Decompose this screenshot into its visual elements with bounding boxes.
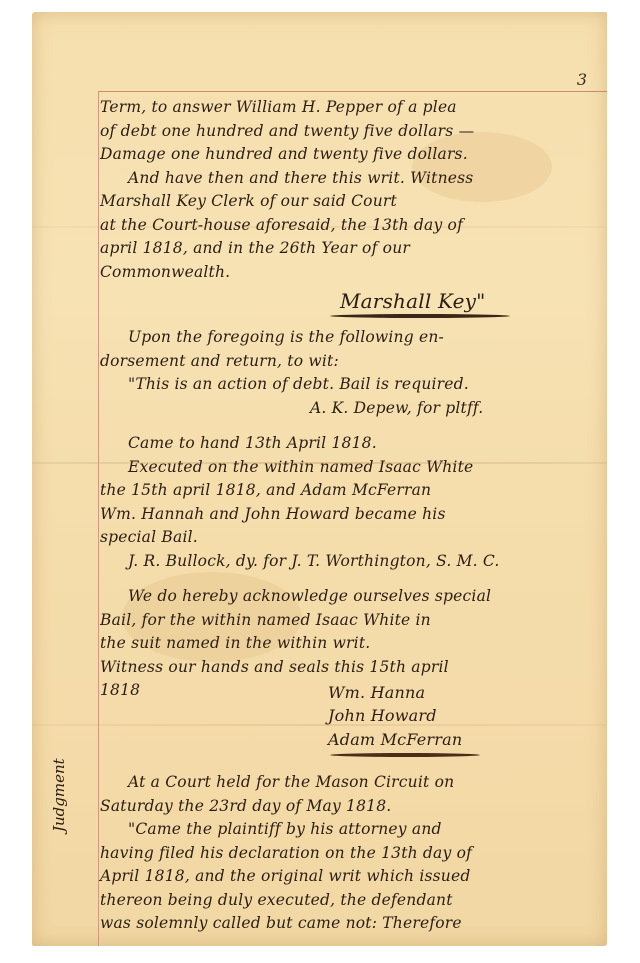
text-line: We do hereby acknowledge ourselves speci… (100, 585, 600, 609)
text-line: Damage one hundred and twenty five dolla… (100, 143, 600, 167)
text-line: was solemnly called but came not: Theref… (100, 912, 600, 936)
left-margin-rule (98, 91, 99, 946)
bail-signature: Wm. Hanna (100, 681, 600, 705)
text-line: "Came the plaintiff by his attorney and (100, 818, 600, 842)
endorsement-quote: "This is an action of debt. Bail is requ… (100, 373, 600, 397)
deputy-signature: J. R. Bullock, dy. for J. T. Worthington… (100, 550, 600, 574)
text-line: And have then and there this writ. Witne… (100, 167, 600, 191)
handwritten-text-body: Term, to answer William H. Pepper of a p… (100, 96, 600, 936)
text-line: Bail, for the within named Isaac White i… (100, 609, 600, 633)
page-number: 3 (577, 70, 587, 89)
text-line: Marshall Key Clerk of our said Court (100, 190, 600, 214)
document-page: 3 Term, to answer William H. Pepper of a… (32, 12, 607, 946)
text-line: Upon the foregoing is the following en- (100, 326, 600, 350)
text-line: at the Court-house aforesaid, the 13th d… (100, 214, 600, 238)
text-line: At a Court held for the Mason Circuit on (100, 771, 600, 795)
text-line: Came to hand 13th April 1818. (100, 432, 600, 456)
text-line: Witness our hands and seals this 15th ap… (100, 656, 600, 680)
text-line: having filed his declaration on the 13th… (100, 842, 600, 866)
text-line: Wm. Hannah and John Howard became his (100, 503, 600, 527)
text-line: April 1818, and the original writ which … (100, 865, 600, 889)
text-line: Executed on the within named Isaac White (100, 456, 600, 480)
top-margin-rule (98, 91, 607, 92)
text-line: april 1818, and in the 26th Year of our (100, 237, 600, 261)
signature-flourish (330, 753, 480, 757)
clerk-signature: Marshall Key" (100, 284, 600, 318)
text-line: Commonwealth. (100, 261, 600, 285)
bail-signature: Adam McFerran (100, 728, 600, 752)
signature-flourish (330, 314, 510, 318)
text-line: the suit named in the within writ. (100, 632, 600, 656)
text-line: thereon being duly executed, the defenda… (100, 889, 600, 913)
bail-signature: John Howard (100, 704, 600, 728)
text-line: Term, to answer William H. Pepper of a p… (100, 96, 600, 120)
text-line: the 15th april 1818, and Adam McFerran (100, 479, 600, 503)
text-line: dorsement and return, to wit: (100, 350, 600, 374)
text-line: Saturday the 23rd day of May 1818. (100, 795, 600, 819)
margin-note-judgment: Judgment (50, 758, 68, 832)
text-line: of debt one hundred and twenty five doll… (100, 120, 600, 144)
attorney-signature: A. K. Depew, for pltff. (100, 397, 600, 421)
text-line: special Bail. (100, 526, 600, 550)
